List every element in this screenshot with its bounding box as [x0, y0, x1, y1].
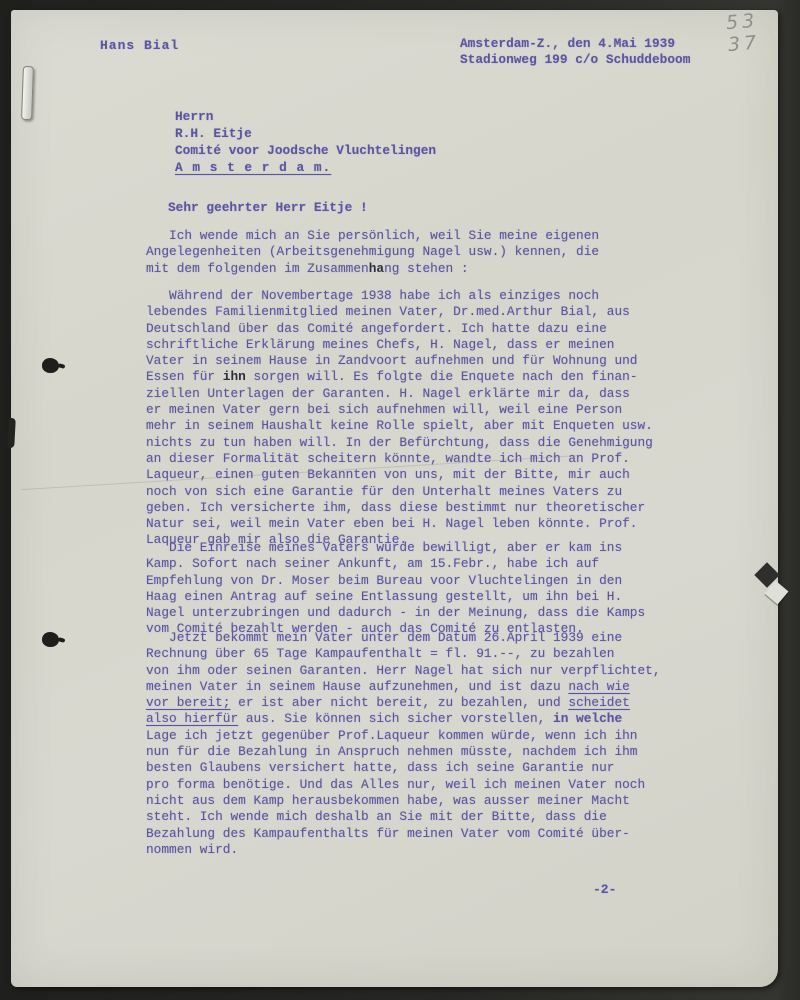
page-number: -2- — [593, 882, 616, 897]
letter-line: Während der Novembertage 1938 habe ich a… — [146, 288, 686, 304]
text-segment: steht. Ich wende mich deshalb an Sie mit… — [146, 809, 607, 824]
letter-line: nichts zu tun haben will. In der Befürch… — [146, 435, 686, 451]
letter-line: noch von sich eine Garantie für den Unte… — [146, 484, 686, 500]
text-segment: Rechnung über 65 Tage Kampaufenthalt = f… — [146, 646, 614, 661]
text-segment: sorgen will. Es folgte die Enquete nach … — [246, 369, 638, 384]
scan-background: { "scan": { "pencil_note": "53 37", "pag… — [0, 0, 800, 1000]
letter-line: Essen für ihn sorgen will. Es folgte die… — [146, 369, 686, 385]
letter-line: pro forma benötige. Und das Alles nur, w… — [146, 777, 686, 793]
text-segment: vor bereit; — [146, 695, 230, 710]
letter-line: vor bereit; er ist aber nicht bereit, zu… — [146, 695, 686, 711]
letter-line: meinen Vater in seinem Hause aufzunehmen… — [146, 679, 686, 695]
letter-line: von ihm oder seinen Garanten. Herr Nagel… — [146, 663, 686, 679]
text-segment: Angelegenheiten (Arbeitsgenehmigung Nage… — [146, 244, 599, 259]
letter-page: 53 37 Hans Bial Amsterdam-Z., den 4.Mai … — [11, 10, 778, 987]
letter-line: Lage ich jetzt gegenüber Prof.Laqueur ko… — [146, 728, 686, 744]
letter-body: Ich wende mich an Sie persönlich, weil S… — [11, 10, 778, 987]
paragraph: Jetzt bekommt mein Vater unter dem Datum… — [146, 630, 686, 858]
letter-line: Natur sei, weil mein Vater eben bei H. N… — [146, 516, 686, 532]
text-segment: er ist aber nicht bereit, zu bezahlen, u… — [230, 695, 568, 710]
letter-line: geben. Ich versicherte ihm, dass diese b… — [146, 500, 686, 516]
text-segment: ziellen Unterlagen der Garanten. H. Nage… — [146, 386, 630, 401]
letter-line: Kamp. Sofort nach seiner Ankunft, am 15.… — [146, 556, 686, 572]
text-segment: Empfehlung von Dr. Moser beim Bureau voo… — [146, 573, 622, 588]
text-segment: ha — [369, 261, 384, 276]
text-segment: pro forma benötige. Und das Alles nur, w… — [146, 777, 645, 792]
letter-line: Nagel unterzubringen und dadurch - in de… — [146, 605, 686, 621]
paragraph: Während der Novembertage 1938 habe ich a… — [146, 288, 686, 549]
letter-line: an dieser Formalität scheitern könnte, w… — [146, 451, 686, 467]
letter-line: Angelegenheiten (Arbeitsgenehmigung Nage… — [146, 244, 686, 260]
text-segment: Jetzt bekommt mein Vater unter dem Datum… — [146, 630, 622, 645]
text-segment: nommen wird. — [146, 842, 238, 857]
text-segment: nicht aus dem Kamp herausbekommen habe, … — [146, 793, 630, 808]
letter-line: er meinen Vater gern bei sich aufnehmen … — [146, 402, 686, 418]
text-segment: in welche — [553, 711, 622, 726]
letter-line: Bezahlung des Kampaufenthalts für meinen… — [146, 826, 686, 842]
letter-line: Rechnung über 65 Tage Kampaufenthalt = f… — [146, 646, 686, 662]
text-segment: Die Einreise meines Vaters wurde bewilli… — [146, 540, 622, 555]
text-segment: aus. Sie können sich sicher vorstellen, — [238, 711, 553, 726]
letter-line: Die Einreise meines Vaters wurde bewilli… — [146, 540, 686, 556]
text-segment: von ihm oder seinen Garanten. Herr Nagel… — [146, 663, 661, 678]
text-segment: Laqueur, einen guten Bekannten von uns, … — [146, 467, 630, 482]
text-segment: Ich wende mich an Sie persönlich, weil S… — [146, 228, 599, 243]
text-segment: Vater in seinem Hause in Zandvoort aufne… — [146, 353, 637, 368]
text-segment: Deutschland über das Comité angefordert.… — [146, 321, 607, 336]
text-segment: Nagel unterzubringen und dadurch - in de… — [146, 605, 645, 620]
letter-line: Haag einen Antrag auf seine Entlassung g… — [146, 589, 686, 605]
text-segment: Während der Novembertage 1938 habe ich a… — [146, 288, 599, 303]
text-segment: mehr in seinem Haushalt keine Rolle spie… — [146, 418, 653, 433]
letter-line: also hierfür aus. Sie können sich sicher… — [146, 711, 686, 727]
letter-line: mehr in seinem Haushalt keine Rolle spie… — [146, 418, 686, 434]
text-segment: nach wie — [568, 679, 629, 694]
text-segment: ng stehen : — [384, 261, 468, 276]
text-segment: scheidet — [568, 695, 629, 710]
letter-line: Jetzt bekommt mein Vater unter dem Datum… — [146, 630, 686, 646]
text-segment: nun für die Bezahlung in Anspruch nehmen… — [146, 744, 637, 759]
text-segment: Haag einen Antrag auf seine Entlassung g… — [146, 589, 622, 604]
text-segment: also hierfür — [146, 711, 238, 726]
text-segment: Lage ich jetzt gegenüber Prof.Laqueur ko… — [146, 728, 637, 743]
text-segment: ihn — [223, 369, 246, 384]
text-segment: lebendes Familienmitglied meinen Vater, … — [146, 304, 630, 319]
paragraph: Die Einreise meines Vaters wurde bewilli… — [146, 540, 686, 638]
letter-line: steht. Ich wende mich deshalb an Sie mit… — [146, 809, 686, 825]
text-segment: er meinen Vater gern bei sich aufnehmen … — [146, 402, 622, 417]
text-segment: meinen Vater in seinem Hause aufzunehmen… — [146, 679, 568, 694]
text-segment: geben. Ich versicherte ihm, dass diese b… — [146, 500, 645, 515]
letter-line: Deutschland über das Comité angefordert.… — [146, 321, 686, 337]
text-segment: noch von sich eine Garantie für den Unte… — [146, 484, 622, 499]
letter-line: nommen wird. — [146, 842, 686, 858]
paragraph: Ich wende mich an Sie persönlich, weil S… — [146, 228, 686, 277]
letter-line: ziellen Unterlagen der Garanten. H. Nage… — [146, 386, 686, 402]
letter-line: Vater in seinem Hause in Zandvoort aufne… — [146, 353, 686, 369]
letter-line: schriftliche Erklärung meines Chefs, H. … — [146, 337, 686, 353]
text-segment: besten Glaubens versichert hatte, dass i… — [146, 760, 614, 775]
text-segment: mit dem folgenden im Zusammen — [146, 261, 369, 276]
letter-line: nicht aus dem Kamp herausbekommen habe, … — [146, 793, 686, 809]
letter-line: nun für die Bezahlung in Anspruch nehmen… — [146, 744, 686, 760]
text-segment: schriftliche Erklärung meines Chefs, H. … — [146, 337, 614, 352]
letter-line: Laqueur, einen guten Bekannten von uns, … — [146, 467, 686, 483]
text-segment: nichts zu tun haben will. In der Befürch… — [146, 435, 653, 450]
text-segment: Natur sei, weil mein Vater eben bei H. N… — [146, 516, 637, 531]
letter-line: besten Glaubens versichert hatte, dass i… — [146, 760, 686, 776]
text-segment: Essen für — [146, 369, 223, 384]
letter-line: Empfehlung von Dr. Moser beim Bureau voo… — [146, 573, 686, 589]
letter-line: lebendes Familienmitglied meinen Vater, … — [146, 304, 686, 320]
text-segment: Bezahlung des Kampaufenthalts für meinen… — [146, 826, 630, 841]
text-segment: an dieser Formalität scheitern könnte, w… — [146, 451, 630, 466]
letter-line: Ich wende mich an Sie persönlich, weil S… — [146, 228, 686, 244]
text-segment: Kamp. Sofort nach seiner Ankunft, am 15.… — [146, 556, 599, 571]
letter-line: mit dem folgenden im Zusammenhang stehen… — [146, 261, 686, 277]
